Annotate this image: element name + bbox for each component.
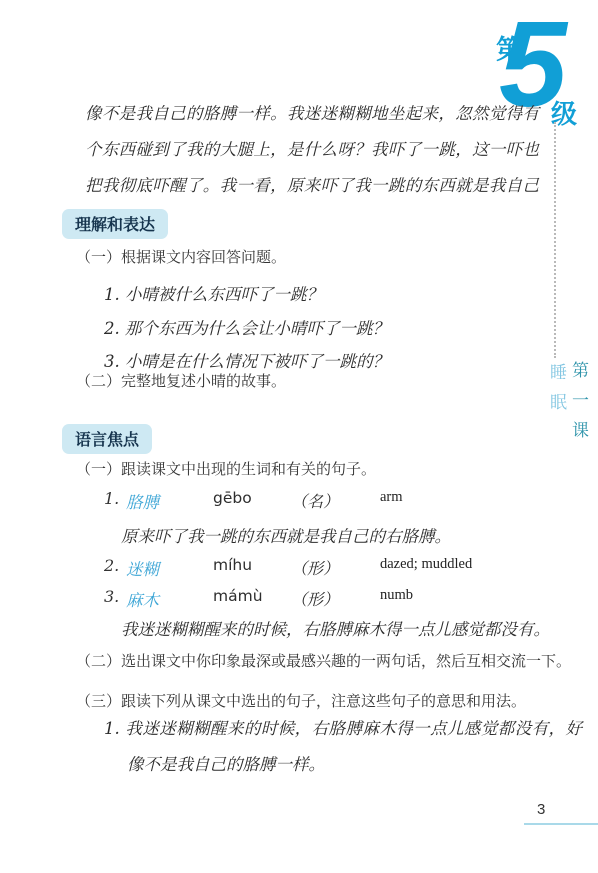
sidebar-dotted-divider xyxy=(554,122,556,358)
vocab-word: 胳膊 xyxy=(126,489,159,513)
vocab-pos: （形） xyxy=(291,556,339,579)
vocab-number: 2. xyxy=(104,556,119,575)
page-number: 3 xyxy=(537,801,545,818)
comprehension-question-3: 3. 小晴是在什么情况下被吓了一跳的？ xyxy=(104,348,389,372)
vocab-pinyin: mámù xyxy=(213,587,263,605)
vocab-word: 麻木 xyxy=(126,587,159,611)
vocab-row: 3. 麻木 mámù （形） numb xyxy=(0,587,598,611)
comprehension-task-2: （二）完整地复述小晴的故事。 xyxy=(76,370,286,391)
textbook-page: 第 5 级 第一课 睡眠 像不是我自己的胳膊一样。我迷迷糊糊地坐起来，忽然觉得有… xyxy=(0,0,598,873)
comprehension-question-2: 2. 那个东西为什么会让小晴吓了一跳？ xyxy=(104,315,389,339)
sidebar-lesson-number: 第一课 xyxy=(569,361,588,451)
vocab-pos: （名） xyxy=(291,489,339,512)
vocab-pos: （形） xyxy=(291,587,339,610)
vocab-gloss: dazed; muddled xyxy=(380,556,472,573)
language-task-2: （二）选出课文中你印象最深或最感兴趣的一两句话，然后互相交流一下。 xyxy=(76,650,571,671)
language-task-3: （三）跟读下列从课文中选出的句子，注意这些句子的意思和用法。 xyxy=(76,690,526,711)
reading-sentence-1: 1. 我迷迷糊糊醒来的时候，右胳膊麻木得一点儿感觉都没有，好像不是我自己的胳膊一… xyxy=(104,711,582,783)
vocab-row: 1. 胳膊 gēbo （名） arm xyxy=(0,489,598,513)
vocab-gloss: arm xyxy=(380,489,403,506)
comprehension-question-1: 1. 小晴被什么东西吓了一跳？ xyxy=(104,281,323,305)
vocab-word: 迷糊 xyxy=(126,556,159,580)
sidebar-lesson-label: 第一课 睡眠 xyxy=(545,361,589,451)
page-number-underline xyxy=(524,823,598,825)
vocab-row: 2. 迷糊 míhu （形） dazed; muddled xyxy=(0,556,598,580)
section-header-comprehension: 理解和表达 xyxy=(62,209,168,239)
language-task-1: （一）跟读课文中出现的生词和有关的句子。 xyxy=(76,458,376,479)
sidebar-lesson-title: 睡眠 xyxy=(547,363,566,423)
section-header-language-focus: 语言焦点 xyxy=(62,424,152,454)
vocab-example-sentence: 我迷迷糊糊醒来的时候，右胳膊麻木得一点儿感觉都没有。 xyxy=(121,616,550,640)
comprehension-task-1: （一）根据课文内容回答问题。 xyxy=(76,246,286,267)
vocab-pinyin: gēbo xyxy=(213,489,252,507)
vocab-gloss: numb xyxy=(380,587,413,604)
vocab-number: 3. xyxy=(104,587,119,606)
vocab-pinyin: míhu xyxy=(213,556,252,574)
vocab-example-sentence: 原来吓了我一跳的东西就是我自己的右胳膊。 xyxy=(121,523,451,547)
vocab-number: 1. xyxy=(104,489,119,508)
